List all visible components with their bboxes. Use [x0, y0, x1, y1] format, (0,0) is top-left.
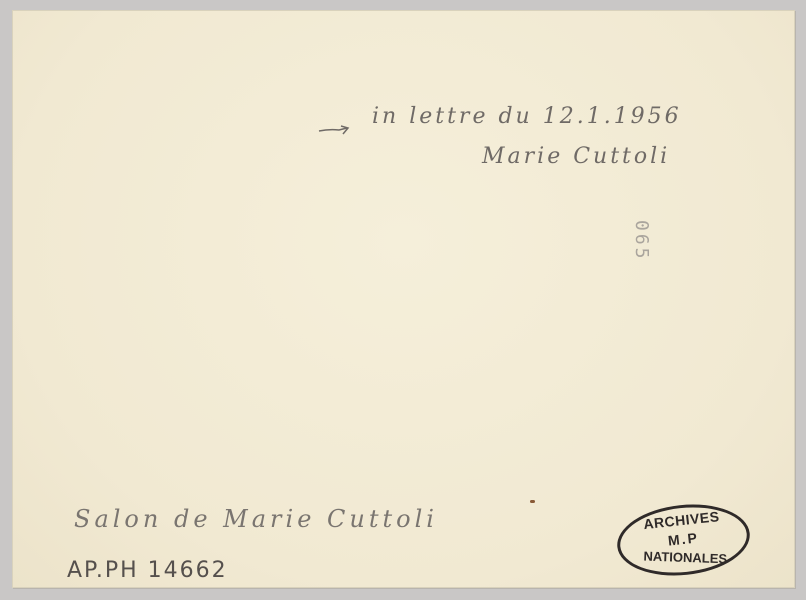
stamp-bottom-text: NATIONALES — [622, 548, 749, 567]
annotation-author: Marie Cuttoli — [482, 144, 670, 169]
annotation-letter-date: in lettre du 12.1.1956 — [372, 104, 682, 129]
archive-reference: AP.PH 14662 — [67, 558, 228, 583]
arrow-icon — [317, 123, 353, 137]
photo-verso-card: in lettre du 12.1.1956 Marie Cuttoli 065… — [12, 10, 795, 588]
stamped-number: 065 — [631, 220, 652, 262]
ink-speck — [530, 500, 535, 503]
archives-nationales-stamp: ARCHIVES M.P NATIONALES — [614, 498, 754, 582]
photo-caption: Salon de Marie Cuttoli — [74, 505, 438, 533]
